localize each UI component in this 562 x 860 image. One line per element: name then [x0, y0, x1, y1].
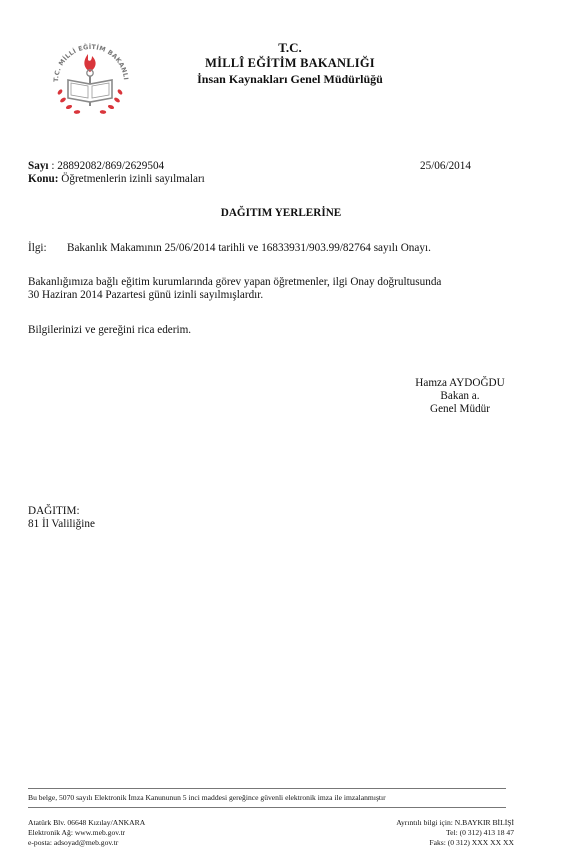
konu-label: Konu: — [28, 173, 58, 185]
recipient-heading: DAĞITIM YERLERİNE — [0, 207, 562, 220]
konu-row: Konu: Öğretmenlerin izinli sayılmaları — [28, 173, 205, 186]
signature-title-1: Bakan a. — [400, 390, 520, 403]
ilgi-label: İlgi: — [28, 242, 47, 255]
header-ministry: MİLLÎ EĞİTİM BAKANLIĞI — [150, 56, 430, 71]
footer-tel: Tel: (0 312) 413 18 47 — [446, 828, 514, 838]
footer-fax: Faks: (0 312) XXX XX XX — [429, 838, 514, 848]
body-paragraph-2: Bilgilerinizi ve gereğini rica ederim. — [28, 324, 191, 337]
body-paragraph-1-line-1: Bakanlığımıza bağlı eğitim kurumlarında … — [28, 276, 441, 289]
header-tc: T.C. — [150, 40, 430, 56]
ministry-logo: T.C. MİLLİ EĞİTİM BAKANLIĞI — [44, 30, 136, 122]
document-date: 25/06/2014 — [420, 160, 471, 173]
footer-web: Elektronik Ağ: www.meb.gov.tr — [28, 828, 125, 838]
ministry-emblem-icon: T.C. MİLLİ EĞİTİM BAKANLIĞI — [44, 30, 136, 122]
footer-divider-top — [28, 788, 506, 789]
ilgi-text: Bakanlık Makamının 25/06/2014 tarihli ve… — [67, 242, 431, 255]
sayi-row: Sayı : 28892082/869/2629504 — [28, 160, 164, 173]
footer-divider-bottom — [28, 807, 506, 808]
signature-name: Hamza AYDOĞDU — [400, 377, 520, 390]
esign-note: Bu belge, 5070 sayılı Elektronik İmza Ka… — [28, 793, 386, 803]
footer-email: e-posta: adsoyad@meb.gov.tr — [28, 838, 118, 848]
footer-address: Atatürk Blv. 06648 Kızılay/ANKARA — [28, 818, 145, 828]
body-paragraph-1-line-2: 30 Haziran 2014 Pazartesi günü izinli sa… — [28, 289, 263, 302]
signature-title-2: Genel Müdür — [400, 403, 520, 416]
header-department: İnsan Kaynakları Genel Müdürlüğü — [150, 72, 430, 87]
sayi-value: : 28892082/869/2629504 — [51, 160, 164, 172]
konu-value: Öğretmenlerin izinli sayılmaları — [61, 173, 205, 185]
sayi-label: Sayı — [28, 160, 49, 172]
distribution-label: DAĞITIM: — [28, 505, 80, 518]
distribution-item: 81 İl Valiliğine — [28, 518, 95, 531]
footer-contact: Ayrıntılı bilgi için: N.BAYKIR BİLİŞİ — [396, 818, 514, 828]
